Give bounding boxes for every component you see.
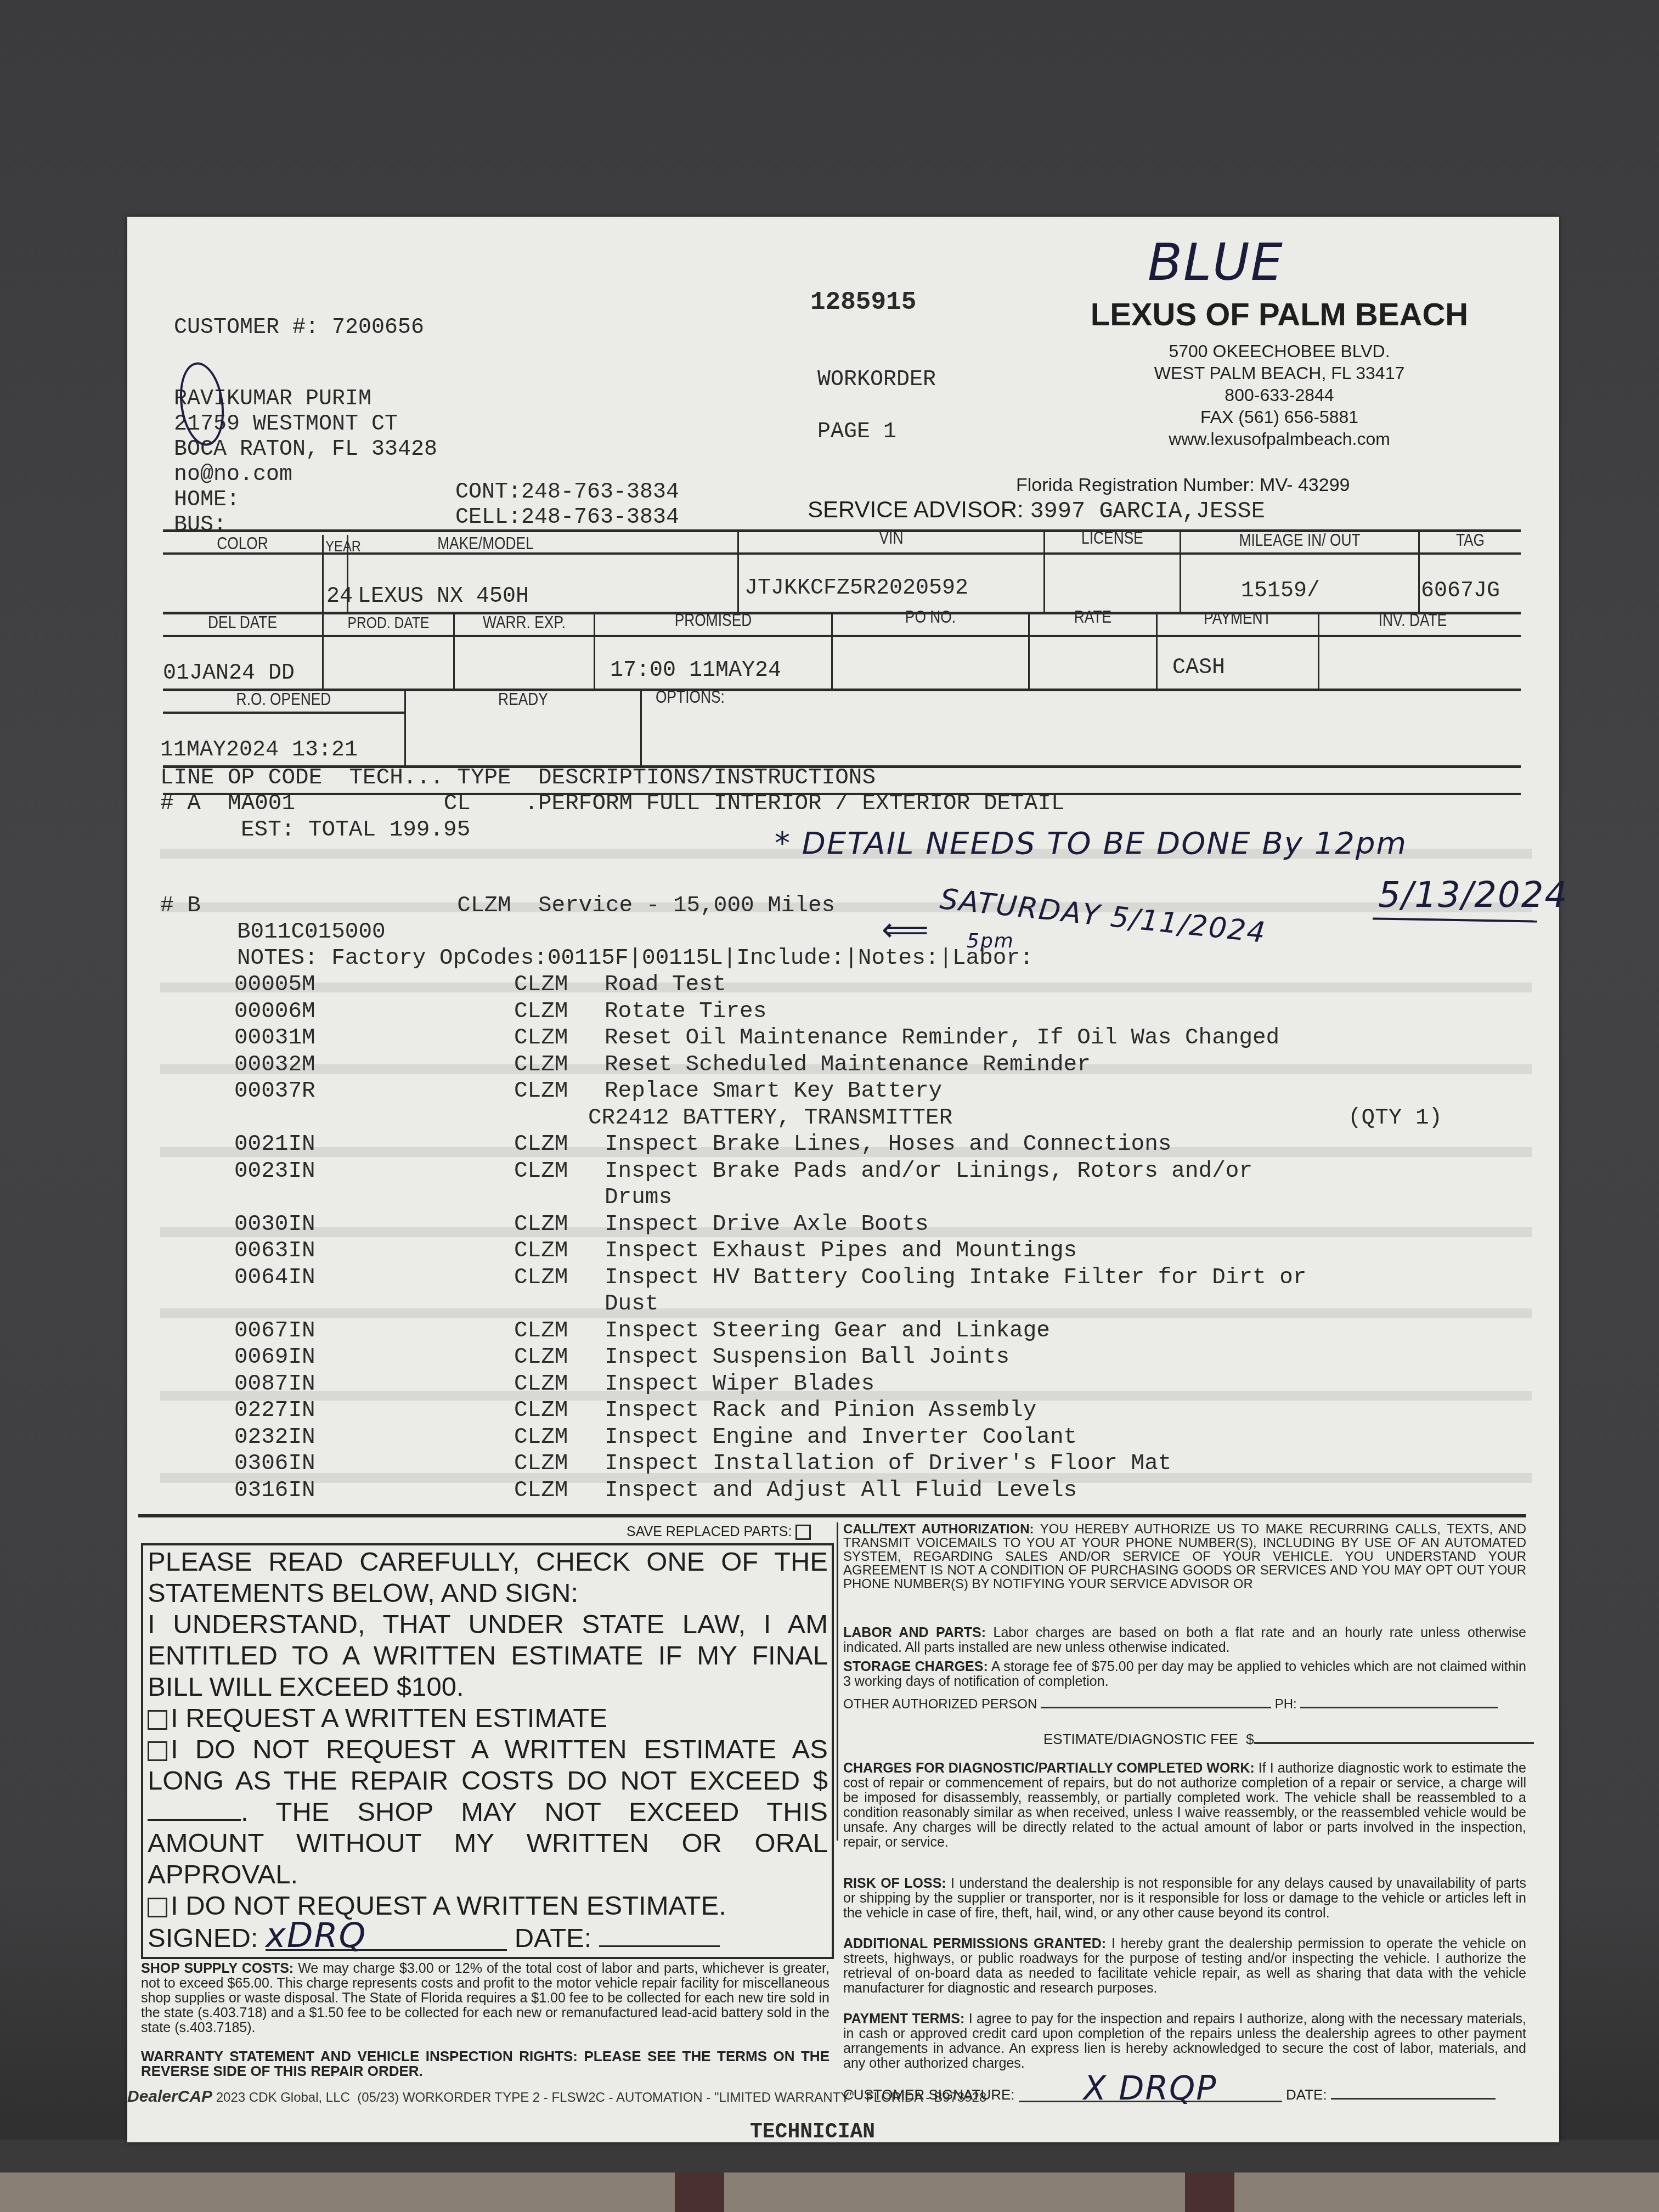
- item-description: Road Test: [605, 972, 726, 997]
- home-label: HOME:: [174, 488, 437, 513]
- col-divider: [737, 529, 739, 612]
- option-do-not-request[interactable]: I DO NOT REQUEST A WRITTEN ESTIMATE.: [148, 1891, 828, 1922]
- section-rule: [138, 1514, 1526, 1517]
- chair-leg: [1185, 2172, 1234, 2212]
- header-promised: PROMISED: [613, 611, 814, 630]
- other-authorized-person: OTHER AUTHORIZED PERSON PH:: [843, 1697, 1498, 1712]
- chair-leg: [675, 2172, 724, 2212]
- item-op-code: 0067IN: [234, 1318, 315, 1344]
- handwritten-detail-date: 5/13/2024: [1378, 875, 1568, 916]
- item-op-code: 0087IN: [234, 1372, 315, 1397]
- cont-phone: CONT:248-763-3834: [455, 480, 679, 505]
- estimate-intro: PLEASE READ CAREFULLY, CHECK ONE OF THE …: [148, 1547, 828, 1609]
- item-op-code: 0030IN: [234, 1212, 315, 1237]
- item-op-code: 0023IN: [234, 1159, 315, 1184]
- item-op-code: 00031M: [234, 1025, 315, 1051]
- table-rule: [163, 552, 1521, 555]
- item-type: CLZM: [514, 1265, 568, 1290]
- item-description: Inspect Wiper Blades: [605, 1372, 874, 1397]
- header-del-date: DEL DATE: [175, 613, 311, 633]
- handwritten-color-note: BLUE: [1148, 233, 1284, 292]
- item-description: Dust: [605, 1291, 658, 1317]
- checkbox[interactable]: [148, 1710, 167, 1730]
- value-payment: CASH: [1172, 656, 1225, 680]
- item-description: Inspect HV Battery Cooling Intake Filter…: [605, 1265, 1306, 1290]
- date-field[interactable]: [599, 1945, 720, 1947]
- item-description: Inspect Drive Axle Boots: [605, 1212, 929, 1237]
- item-op-code: 00006M: [234, 999, 315, 1024]
- item-description: Inspect Brake Lines, Hoses and Connectio…: [605, 1132, 1171, 1157]
- item-type: CLZM: [514, 1318, 568, 1344]
- save-replaced-parts: SAVE REPLACED PARTS:: [627, 1524, 814, 1540]
- customer-number: CUSTOMER #: 7200656: [174, 315, 424, 340]
- col-divider: [453, 612, 455, 689]
- diagnostic-charges: CHARGES FOR DIAGNOSTIC/PARTIALLY COMPLET…: [843, 1761, 1526, 1850]
- header-tag: TAG: [1427, 531, 1513, 550]
- storage-charges: STORAGE CHARGES: A storage fee of $75.00…: [843, 1660, 1526, 1689]
- col-divider: [404, 689, 406, 765]
- customer-email: no@no.com: [174, 462, 437, 488]
- item-type: CLZM: [514, 1212, 568, 1237]
- dealer-fax: FAX (561) 656-5881: [1060, 406, 1499, 428]
- floor: [0, 2172, 1659, 2212]
- item-type: CLZM: [514, 1025, 568, 1051]
- call-text-authorization: CALL/TEXT AUTHORIZATION: YOU HEREBY AUTH…: [843, 1522, 1526, 1591]
- item-description: Inspect Installation of Driver's Floor M…: [605, 1451, 1171, 1476]
- col-divider: [837, 1522, 838, 1841]
- estimate-law: I UNDERSTAND, THAT UNDER STATE LAW, I AM…: [148, 1609, 828, 1703]
- lines-column-header: LINE OP CODE TECH... TYPE DESCRIPTIONS/I…: [160, 765, 876, 791]
- header-payment: PAYMENT: [1170, 608, 1306, 628]
- handwritten-underline: [1373, 917, 1537, 922]
- col-divider: [594, 612, 595, 689]
- line-a-estimate: EST: TOTAL 199.95: [241, 817, 470, 843]
- item-description: Inspect Brake Pads and/or Linings, Rotor…: [605, 1159, 1252, 1184]
- dealer-website: www.lexusofpalmbeach.com: [1060, 428, 1499, 450]
- header-ready: READY: [424, 690, 623, 709]
- other-person-field[interactable]: [1041, 1707, 1271, 1708]
- table-rule: [163, 635, 1521, 637]
- payment-terms: PAYMENT TERMS: I agree to pay for the in…: [843, 2012, 1526, 2071]
- item-description: Reset Scheduled Maintenance Reminder: [605, 1052, 1091, 1077]
- header-rate: RATE: [1039, 607, 1147, 627]
- line-b-notes: NOTES: Factory OpCodes:00115F|00115L|Inc…: [237, 946, 1034, 971]
- header-color: COLOR: [175, 534, 311, 554]
- header-prod-date: PROD. DATE: [334, 614, 444, 633]
- header-ro-opened: R.O. OPENED: [181, 690, 386, 709]
- document-title: WORKORDER: [817, 368, 936, 392]
- item-op-code: 00032M: [234, 1052, 315, 1077]
- checkbox[interactable]: [148, 1898, 167, 1917]
- item-type: CLZM: [514, 1425, 568, 1450]
- header-inv-date: INV. DATE: [1334, 611, 1492, 630]
- item-op-code: 00005M: [234, 972, 315, 997]
- dealer-phone: 800-633-2844: [1060, 384, 1499, 406]
- header-options: OPTIONS:: [656, 687, 749, 707]
- item-op-code: 0021IN: [234, 1132, 315, 1157]
- item-op-code: 0063IN: [234, 1238, 315, 1263]
- item-description: Inspect Suspension Ball Joints: [605, 1345, 1009, 1370]
- technician-label: TECHNICIAN: [750, 2120, 875, 2144]
- header-mileage: MILEAGE IN/ OUT: [1199, 531, 1400, 550]
- value-ro-opened: 11MAY2024 13:21: [160, 738, 358, 763]
- page-number: PAGE 1: [817, 420, 896, 444]
- header-warr-exp: WARR. EXP.: [465, 613, 583, 633]
- service-advisor: SERVICE ADVISOR: 3997 GARCIA,JESSE: [808, 496, 1265, 524]
- dealer-contact: 5700 OKEECHOBEE BLVD.WEST PALM BEACH, FL…: [1060, 340, 1499, 450]
- handwritten-detail-note: * DETAIL NEEDS TO BE DONE By 12pm: [775, 826, 1407, 861]
- item-type: CLZM: [514, 1238, 568, 1263]
- col-divider: [322, 535, 324, 689]
- additional-permissions: ADDITIONAL PERMISSIONS GRANTED: I hereby…: [843, 1937, 1526, 1996]
- phone-field[interactable]: [1300, 1707, 1498, 1708]
- dealer-address2: WEST PALM BEACH, FL 33417: [1060, 362, 1499, 384]
- item-type: CLZM: [514, 999, 568, 1024]
- item-op-code: 0064IN: [234, 1265, 315, 1290]
- value-tag: 6067JG: [1421, 579, 1500, 603]
- repair-order-document: CUSTOMER #: 7200656 RAVIKUMAR PURIM21759…: [127, 217, 1559, 2142]
- item-type: CLZM: [514, 1398, 568, 1423]
- item-type: CLZM: [514, 1478, 568, 1503]
- item-op-code: 00037R: [234, 1079, 315, 1104]
- item-description: Inspect Rack and Pinion Assembly: [605, 1398, 1036, 1423]
- warranty-statement: WARRANTY STATEMENT AND VEHICLE INSPECTIO…: [141, 2049, 830, 2079]
- col-divider: [640, 689, 642, 765]
- item-description: Inspect and Adjust All Fluid Levels: [605, 1478, 1077, 1503]
- estimate-diagnostic-fee: ESTIMATE/DIAGNOSTIC FEE $: [1043, 1731, 1534, 1748]
- item-type: CLZM: [514, 1159, 568, 1184]
- value-vin: JTJKKCFZ5R2020592: [744, 576, 968, 601]
- save-parts-checkbox[interactable]: [795, 1525, 811, 1540]
- col-divider: [831, 612, 833, 689]
- item-description: Inspect Steering Gear and Linkage: [605, 1318, 1050, 1344]
- checkbox[interactable]: [148, 1741, 167, 1761]
- item-description: Rotate Tires: [605, 999, 766, 1024]
- item-op-code: 0069IN: [234, 1345, 315, 1370]
- cell-phone: CELL:248-763-3834: [455, 505, 679, 531]
- header-po-no: PO NO.: [848, 607, 1014, 627]
- col-divider: [1180, 529, 1181, 612]
- header-license: LICENSE: [1055, 528, 1169, 548]
- item-op-code: 0227IN: [234, 1398, 315, 1423]
- risk-of-loss: RISK OF LOSS: I understand the dealershi…: [843, 1876, 1526, 1921]
- diagnostic-fee-field[interactable]: [1254, 1742, 1534, 1744]
- item-type: CLZM: [514, 1451, 568, 1476]
- dealercap-logo: DealerCAP: [127, 2087, 212, 2106]
- header-vin: VIN: [762, 528, 1021, 548]
- shop-supply-costs: SHOP SUPPLY COSTS: We may charge $3.00 o…: [141, 1961, 830, 2035]
- item-op-code: 0232IN: [234, 1425, 315, 1450]
- line-a: # A MA001 CL .PERFORM FULL INTERIOR / EX…: [160, 791, 1065, 816]
- dealer-name: LEXUS OF PALM BEACH: [1060, 296, 1499, 333]
- dealer-address1: 5700 OKEECHOBEE BLVD.: [1060, 340, 1499, 362]
- line-b: # B CLZM Service - 15,000 Miles: [160, 893, 835, 918]
- customer-date-field[interactable]: [1331, 2098, 1496, 2100]
- line-b-opcode: B011C015000: [237, 919, 386, 945]
- customer-signature-field[interactable]: X DRQP: [1019, 2076, 1282, 2102]
- option-do-not-request-limit[interactable]: I DO NOT REQUEST A WRITTEN ESTIMATE AS L…: [148, 1734, 828, 1891]
- col-divider: [1028, 612, 1030, 689]
- header-year: YEAR: [325, 538, 345, 555]
- value-year: 24: [326, 584, 353, 609]
- item-description: Inspect Exhaust Pipes and Mountings: [605, 1238, 1077, 1263]
- signature-line: SIGNED: xDRQ DATE:: [148, 1922, 828, 1954]
- item-description: Replace Smart Key Battery: [605, 1079, 942, 1104]
- option-request-estimate[interactable]: I REQUEST A WRITTEN ESTIMATE: [148, 1703, 828, 1734]
- item-op-code: 0306IN: [234, 1451, 315, 1476]
- value-promised: 17:00 11MAY24: [610, 658, 781, 683]
- item-description: Inspect Engine and Inverter Coolant: [605, 1425, 1077, 1450]
- ro-number: 1285915: [810, 288, 916, 317]
- item-qty: (QTY 1): [1348, 1105, 1442, 1131]
- contact-phones: CONT:248-763-3834CELL:248-763-3834: [455, 480, 679, 531]
- item-type: CLZM: [514, 1372, 568, 1397]
- value-make-model: LEXUS NX 450H: [358, 584, 529, 609]
- value-mileage: 15159/: [1241, 579, 1320, 603]
- item-type: CLZM: [514, 972, 568, 997]
- registration-number: Florida Registration Number: MV- 43299: [1016, 475, 1350, 496]
- customer-signature-line: CUSTOMER SIGNATURE: X DRQP DATE:: [843, 2076, 1496, 2103]
- print-band: [160, 1308, 1532, 1318]
- labor-and-parts: LABOR AND PARTS: Labor charges are based…: [843, 1626, 1526, 1655]
- col-divider: [1156, 612, 1158, 689]
- item-description: Drums: [605, 1185, 672, 1210]
- col-divider: [1418, 529, 1420, 612]
- written-estimate-box: PLEASE READ CAREFULLY, CHECK ONE OF THE …: [141, 1543, 834, 1959]
- item-description: Reset Oil Maintenance Reminder, If Oil W…: [605, 1025, 1279, 1051]
- item-op-code: 0316IN: [234, 1478, 315, 1503]
- signature-field[interactable]: xDRQ: [266, 1922, 507, 1951]
- header-make-model: MAKE/MODEL: [369, 534, 602, 554]
- item-description: CR2412 BATTERY, TRANSMITTER: [588, 1105, 952, 1131]
- item-type: CLZM: [514, 1132, 568, 1157]
- item-type: CLZM: [514, 1052, 568, 1077]
- handwritten-arrow-icon: ⟸: [882, 911, 929, 949]
- col-divider: [1318, 612, 1319, 689]
- value-del-date: 01JAN24 DD: [163, 661, 295, 686]
- col-divider: [1043, 529, 1045, 612]
- amount-field[interactable]: [148, 1819, 241, 1821]
- table-rule: [163, 712, 404, 714]
- item-type: CLZM: [514, 1079, 568, 1104]
- item-type: CLZM: [514, 1345, 568, 1370]
- print-band: [160, 983, 1532, 992]
